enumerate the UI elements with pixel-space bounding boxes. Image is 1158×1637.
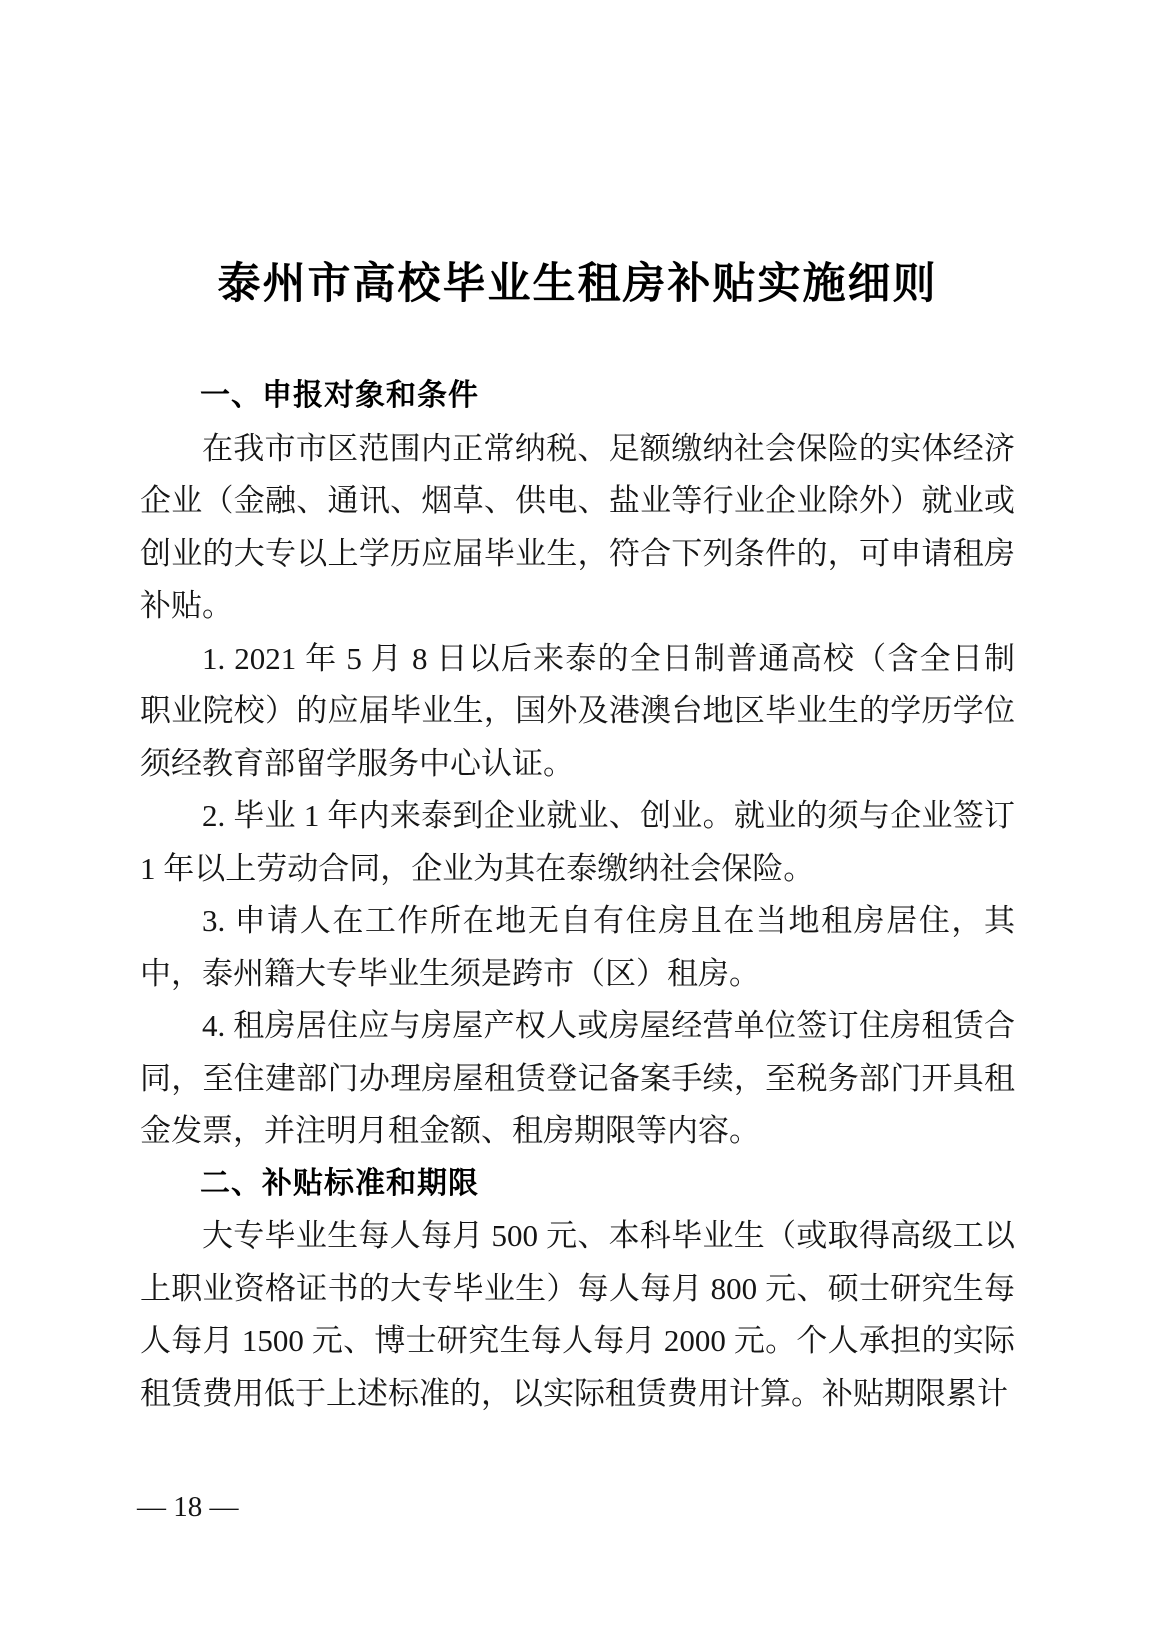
page-number: — 18 —: [137, 1487, 239, 1527]
paragraph-condition-1: 1. 2021 年 5 月 8 日以后来泰的全日制普通高校（含全日制职业院校）的…: [140, 633, 1015, 791]
section-heading-1: 一、申报对象和条件: [140, 370, 1015, 423]
paragraph-condition-2: 2. 毕业 1 年内来泰到企业就业、创业。就业的须与企业签订 1 年以上劳动合同…: [140, 790, 1015, 895]
paragraph-condition-4: 4. 租房居住应与房屋产权人或房屋经营单位签订住房租赁合同，至住建部门办理房屋租…: [140, 1000, 1015, 1158]
document-page: 泰州市高校毕业生租房补贴实施细则 一、申报对象和条件 在我市市区范围内正常纳税、…: [140, 0, 1015, 1420]
section-heading-2: 二、补贴标准和期限: [140, 1158, 1015, 1211]
paragraph-intro: 在我市市区范围内正常纳税、足额缴纳社会保险的实体经济企业（金融、通讯、烟草、供电…: [140, 423, 1015, 633]
paragraph-condition-3: 3. 申请人在工作所在地无自有住房且在当地租房居住，其中，泰州籍大专毕业生须是跨…: [140, 895, 1015, 1000]
document-title: 泰州市高校毕业生租房补贴实施细则: [140, 255, 1015, 315]
paragraph-subsidy-standard: 大专毕业生每人每月 500 元、本科毕业生（或取得高级工以上职业资格证书的大专毕…: [140, 1210, 1015, 1420]
